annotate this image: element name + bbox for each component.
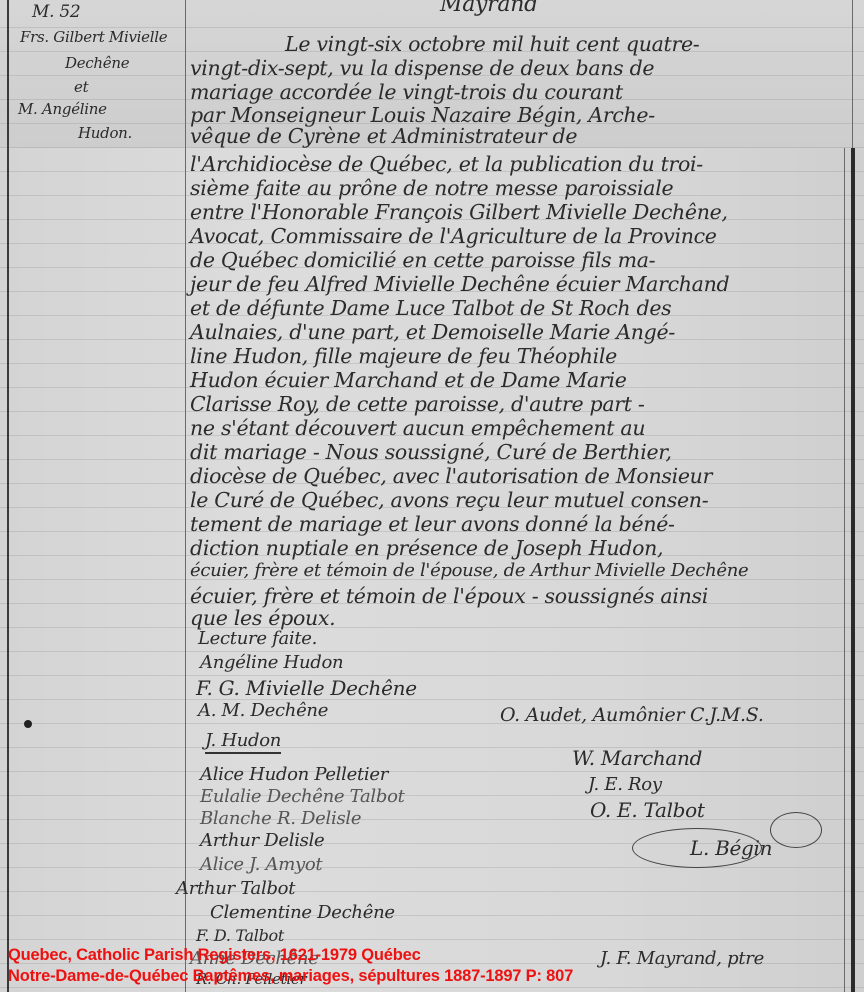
signature: J. E. Roy bbox=[588, 774, 662, 795]
source-caption-line2: Notre-Dame-de-Québec Baptêmes, mariages,… bbox=[8, 967, 573, 986]
signature: O. Audet, Aumônier C.J.M.S. bbox=[500, 704, 764, 726]
signature: Arthur Talbot bbox=[176, 878, 295, 899]
right-border-line bbox=[851, 148, 855, 992]
margin-line: et bbox=[74, 78, 88, 96]
body-line: diocèse de Québec, avec l'autorisation d… bbox=[190, 464, 712, 488]
body-line: tement de mariage et leur avons donné la… bbox=[190, 512, 675, 536]
signature: F. G. Mivielle Dechêne bbox=[196, 676, 417, 700]
body-line: l'Archidiocèse de Québec, et la publicat… bbox=[190, 152, 703, 176]
body-line: et de défunte Dame Luce Talbot de St Roc… bbox=[190, 296, 671, 320]
margin-line: M. Angéline bbox=[18, 100, 107, 118]
signature: Alice Hudon Pelletier bbox=[200, 764, 388, 785]
signature: J. F. Mayrand, ptre bbox=[600, 948, 764, 969]
lecture-faite: Lecture faite. bbox=[198, 628, 317, 649]
source-caption-line1: Quebec, Catholic Parish Registers, 1621-… bbox=[8, 946, 421, 965]
signature: W. Marchand bbox=[572, 746, 702, 770]
margin-line: Frs. Gilbert Mivielle bbox=[20, 28, 167, 46]
signature: Blanche R. Delisle bbox=[200, 808, 361, 829]
signature: Clementine Dechêne bbox=[210, 902, 395, 923]
margin-divider-line bbox=[185, 0, 186, 148]
register-page: l'Archidiocèse de Québec, et la publicat… bbox=[0, 148, 864, 992]
body-line: écuier, frère et témoin de l'épouse, de … bbox=[190, 560, 748, 581]
body-line: line Hudon, fille majeure de feu Théophi… bbox=[190, 344, 617, 368]
signature-flourish bbox=[770, 812, 822, 848]
body-line: Aulnaies, d'une part, et Demoiselle Mari… bbox=[190, 320, 675, 344]
body-line: entre l'Honorable François Gilbert Mivie… bbox=[190, 200, 728, 224]
signature: Eulalie Dechêne Talbot bbox=[200, 786, 405, 807]
body-line: jeur de feu Alfred Mivielle Dechêne écui… bbox=[190, 272, 729, 296]
signature: O. E. Talbot bbox=[590, 798, 705, 822]
signature: L. Bégin bbox=[690, 836, 772, 860]
body-line: Clarisse Roy, de cette paroisse, d'autre… bbox=[190, 392, 645, 416]
body-line: écuier, frère et témoin de l'époux - sou… bbox=[190, 584, 708, 608]
right-border-line bbox=[852, 0, 853, 148]
margin-line: Hudon. bbox=[78, 124, 132, 142]
record-number: M. 52 bbox=[32, 2, 80, 22]
body-line: dit mariage - Nous soussigné, Curé de Be… bbox=[190, 440, 672, 464]
signature: Angéline Hudon bbox=[200, 652, 343, 673]
signature: A. M. Dechêne bbox=[198, 700, 328, 721]
body-line: que les époux. bbox=[190, 606, 335, 630]
body-line: Hudon écuier Marchand et de Dame Marie bbox=[190, 368, 627, 392]
binding-hole bbox=[24, 720, 32, 728]
signature: Arthur Delisle bbox=[200, 830, 324, 851]
body-line: sième faite au prône de notre messe paro… bbox=[190, 176, 673, 200]
body-line: diction nuptiale en présence de Joseph H… bbox=[190, 536, 663, 560]
body-line: vêque de Cyrène et Administrateur de bbox=[190, 124, 577, 148]
register-top-strip: Mayrand M. 52 Frs. Gilbert Mivielle Dech… bbox=[0, 0, 864, 148]
top-fragment-signature: Mayrand bbox=[440, 0, 538, 17]
margin-line: Dechêne bbox=[65, 54, 129, 72]
signature: Alice J. Amyot bbox=[200, 854, 322, 875]
body-line: de Québec domicilié en cette paroisse fi… bbox=[190, 248, 655, 272]
right-inner-line bbox=[844, 148, 845, 992]
body-line: mariage accordée le vingt-trois du coura… bbox=[190, 80, 623, 104]
left-border-line bbox=[7, 148, 9, 992]
left-border-line bbox=[7, 0, 9, 148]
body-line: ne s'étant découvert aucun empêchement a… bbox=[190, 416, 645, 440]
margin-divider-line bbox=[185, 148, 186, 992]
signature: J. Hudon bbox=[205, 730, 281, 754]
body-line: le Curé de Québec, avons reçu leur mutue… bbox=[190, 488, 708, 512]
body-line: Avocat, Commissaire de l'Agriculture de … bbox=[190, 224, 717, 248]
signature: F. D. Talbot bbox=[196, 926, 284, 945]
body-line: vingt-dix-sept, vu la dispense de deux b… bbox=[190, 56, 654, 80]
body-line: Le vingt-six octobre mil huit cent quatr… bbox=[285, 32, 699, 56]
